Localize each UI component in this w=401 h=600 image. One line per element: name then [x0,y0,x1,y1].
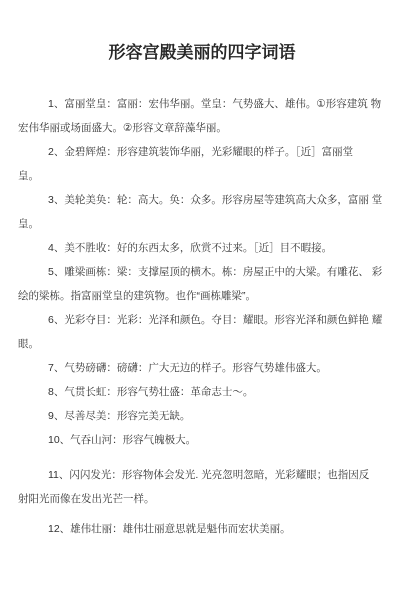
list-item-9: 9、尽善尽美：形容完美无缺。 [18,404,386,428]
list-item-5: 5、雕梁画栋：梁：支撑屋顶的横木。栋：房屋正中的大梁。有雕花、 彩 绘的梁栋。指… [18,260,386,308]
list-item-1: 1、富丽堂皇：富丽：宏伟华丽。堂皇：气势盛大、雄伟。①形容建筑 物 宏伟华丽或场… [18,92,386,140]
list-item-3: 3、美轮美奂：轮：高大。奂：众多。形容房屋等建筑高大众多，富丽 堂 皇。 [18,188,386,236]
list-item-11: 11、闪闪发光：形容物体会发光. 光亮忽明忽暗，光彩耀眼；也指因反 射阳光而像在… [18,463,386,511]
page-title: 形容宫殿美丽的四字词语 [18,42,386,64]
list-item-10: 10、气吞山河：形容气魄极大。 [18,428,386,452]
document-page: 形容宫殿美丽的四字词语 1、富丽堂皇：富丽：宏伟华丽。堂皇：气势盛大、雄伟。①形… [0,0,401,600]
list-item-6: 6、光彩夺目：光彩：光泽和颜色。夺目：耀眼。形容光泽和颜色鲜艳 耀 眼。 [18,308,386,356]
list-item-4: 4、美不胜收：好的东西太多，欣赏不过来。［近］目不暇接。 [18,236,386,260]
list-item-2: 2、金碧辉煌：形容建筑装饰华丽，光彩耀眼的样子。［近］富丽堂 皇。 [18,140,386,188]
list-item-8: 8、气贯长虹：形容气势壮盛：革命志士～。 [18,380,386,404]
list-item-7: 7、气势磅礴：磅礴：广大无边的样子。形容气势雄伟盛大。 [18,356,386,380]
list-item-12: 12、雄伟壮丽：雄伟壮丽意思就是魁伟而宏状美丽。 [18,517,386,541]
